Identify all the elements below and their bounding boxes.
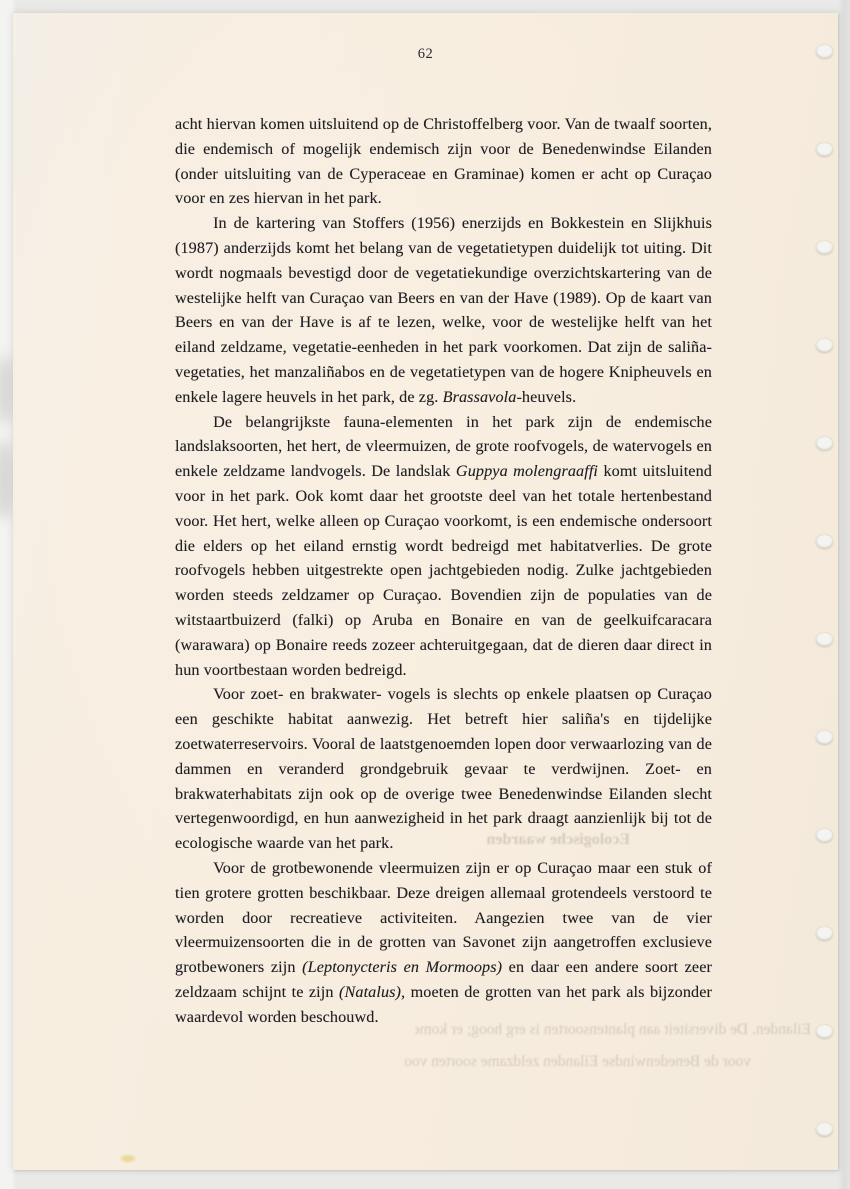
binder-hole [816,45,833,59]
bleedthrough-line: Eilanden. De diversiteit aan plantensoor… [415,1021,811,1039]
page-number: 62 [13,46,838,63]
paragraph: In de kartering van Stoffers (1956) ener… [175,211,712,409]
paragraph: De belangrijkste fauna-elementen in het … [175,410,712,683]
scan-smudge [0,355,14,425]
binder-hole [816,1123,833,1137]
paragraph: acht hiervan komen uitsluitend op de Chr… [175,112,712,211]
binder-hole [816,241,833,255]
paragraph: Voor de grotbewonende vleermuizen zijn e… [175,856,712,1030]
document-page: 62 acht hiervan komen uitsluitend op de … [13,13,838,1170]
binder-hole [816,633,833,647]
binder-hole [816,927,833,941]
paragraph: Voor zoet- en brakwater- vogels is slech… [175,682,712,856]
body-text: acht hiervan komen uitsluitend op de Chr… [175,112,712,1029]
binder-hole [816,339,833,353]
bleedthrough-line: voor de Benedenwindse Eilanden zeldzame … [405,1053,751,1071]
binder-hole [816,1025,833,1039]
binder-hole [816,437,833,451]
binder-hole [816,143,833,157]
scanned-document: 62 acht hiervan komen uitsluitend op de … [0,0,850,1189]
binder-hole [816,829,833,843]
binder-hole [816,535,833,549]
paper-stain [121,1155,135,1162]
bleedthrough-heading: Ecologische waarden [480,831,630,849]
scan-smudge [0,440,14,520]
binder-hole [816,731,833,745]
